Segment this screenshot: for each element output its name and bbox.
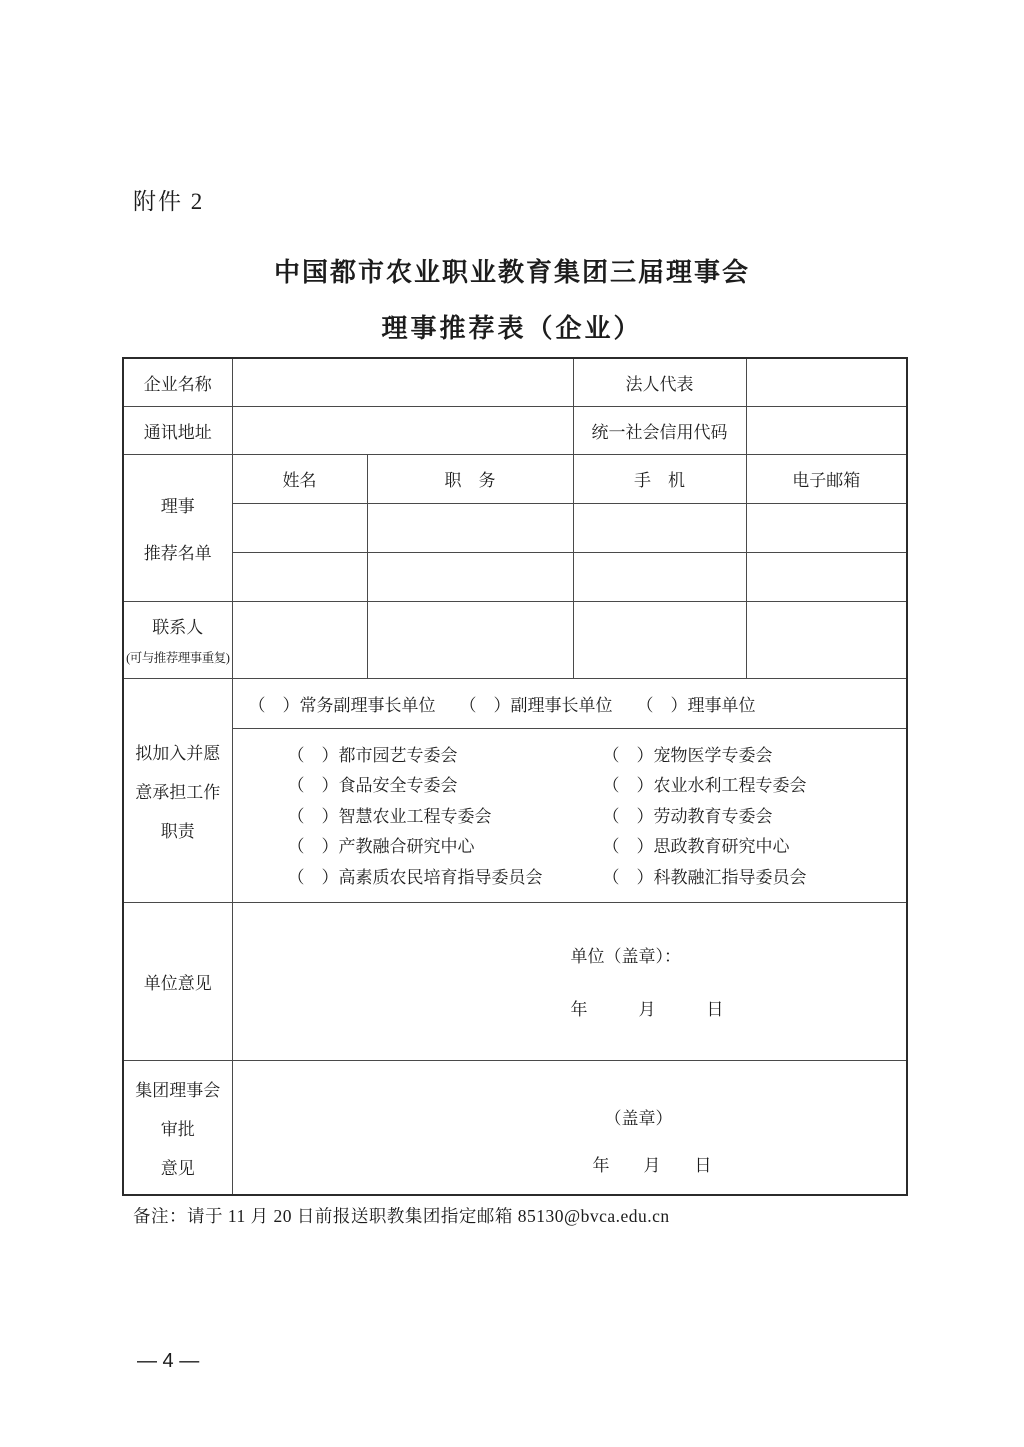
committee-option-urban-horticulture: （ ）都市园艺专委会 xyxy=(288,741,603,766)
committee-option-farmer-training: （ ）高素质农民培育指导委员会 xyxy=(288,863,603,888)
group-stamp-text: （盖章） xyxy=(593,1104,673,1129)
row-address: 通讯地址 统一社会信用代码 xyxy=(123,406,907,454)
legal-rep-value xyxy=(746,358,907,406)
footer-note: 备注：请于 11 月 20 日前报送职教集团指定邮箱 85130@bvca.ed… xyxy=(133,1203,670,1228)
col-header-mobile: 手 机 xyxy=(573,454,746,503)
committee-option-smart-agri: （ ）智慧农业工程专委会 xyxy=(288,802,603,827)
col-header-position: 职 务 xyxy=(367,454,573,503)
nominee1-mobile xyxy=(573,503,746,552)
duty-label-line3: 职责 xyxy=(161,817,195,842)
contact-name xyxy=(232,601,367,678)
group-label-line3: 意见 xyxy=(161,1154,195,1179)
nominee1-email xyxy=(746,503,907,552)
document-page: 附件 2 中国都市农业职业教育集团三届理事会 理事推荐表（企业） 企业名称 法人… xyxy=(0,0,1024,1447)
row-contact: 联系人 (可与推荐理事重复) xyxy=(123,601,907,678)
committee-option-science-education: （ ）科教融汇指导委员会 xyxy=(603,863,907,888)
committee-option-agri-water: （ ）农业水利工程专委会 xyxy=(603,771,907,796)
unit-date-text: 年 月 日 xyxy=(571,995,724,1020)
duty-section-label: 拟加入并愿 意承担工作 职责 xyxy=(123,678,232,902)
committee-options-cell: （ ）都市园艺专委会 （ ）宠物医学专委会 （ ）食品安全专委会 （ ）农业水利… xyxy=(232,728,907,902)
nominee2-name xyxy=(232,552,367,601)
address-value xyxy=(232,406,573,454)
nominee2-mobile xyxy=(573,552,746,601)
recommendation-form-table: 企业名称 法人代表 通讯地址 统一社会信用代码 理事 推荐名单 姓名 职 务 手… xyxy=(122,357,908,1196)
unit-stamp-text: 单位（盖章）： xyxy=(571,942,682,967)
unit-opinion-label: 单位意见 xyxy=(123,902,232,1060)
membership-options-cell: （ ）常务副理事长单位 （ ）副理事长单位 （ ）理事单位 xyxy=(232,678,907,728)
committee-option-industry-education: （ ）产教融合研究中心 xyxy=(288,832,603,857)
credit-code-value xyxy=(746,406,907,454)
row-company: 企业名称 法人代表 xyxy=(123,358,907,406)
row-nominee-header: 理事 推荐名单 姓名 职 务 手 机 电子邮箱 xyxy=(123,454,907,503)
committee-option-pet-medicine: （ ）宠物医学专委会 xyxy=(603,741,907,766)
unit-opinion-cell: 单位（盖章）： 年 月 日 xyxy=(232,902,907,1060)
col-header-email: 电子邮箱 xyxy=(746,454,907,503)
page-number: — 4 — xyxy=(137,1350,199,1373)
duty-label-line2: 意承担工作 xyxy=(135,778,220,803)
group-approval-label: 集团理事会 审批 意见 xyxy=(123,1060,232,1195)
col-header-name: 姓名 xyxy=(232,454,367,503)
group-label-line1: 集团理事会 xyxy=(135,1076,220,1101)
nominee2-position xyxy=(367,552,573,601)
nominee-label-line1: 理事 xyxy=(161,492,195,517)
membership-option-director: （ ）理事单位 xyxy=(637,691,756,716)
attachment-label: 附件 2 xyxy=(133,183,204,216)
contact-email xyxy=(746,601,907,678)
contact-label: 联系人 xyxy=(152,613,203,638)
company-name-label: 企业名称 xyxy=(123,358,232,406)
duty-label-line1: 拟加入并愿 xyxy=(135,739,220,764)
legal-rep-label: 法人代表 xyxy=(573,358,746,406)
committee-option-food-safety: （ ）食品安全专委会 xyxy=(288,771,603,796)
group-label-line2: 审批 xyxy=(161,1115,195,1140)
row-unit-opinion: 单位意见 单位（盖章）： 年 月 日 xyxy=(123,902,907,1060)
group-approval-cell: （盖章） 年 月 日 xyxy=(232,1060,907,1195)
credit-code-label: 统一社会信用代码 xyxy=(573,406,746,454)
contact-position xyxy=(367,601,573,678)
nominee1-name xyxy=(232,503,367,552)
contact-mobile xyxy=(573,601,746,678)
nominee-row-2 xyxy=(123,552,907,601)
membership-option-vice-chair: （ ）副理事长单位 xyxy=(460,691,613,716)
contact-label-cell: 联系人 (可与推荐理事重复) xyxy=(123,601,232,678)
row-committee-options: （ ）都市园艺专委会 （ ）宠物医学专委会 （ ）食品安全专委会 （ ）农业水利… xyxy=(123,728,907,902)
row-group-approval: 集团理事会 审批 意见 （盖章） 年 月 日 xyxy=(123,1060,907,1195)
nominee-row-1 xyxy=(123,503,907,552)
nominee-label-line2: 推荐名单 xyxy=(144,539,212,564)
company-name-value xyxy=(232,358,573,406)
document-title-line1: 中国都市农业职业教育集团三届理事会 xyxy=(0,252,1024,289)
address-label: 通讯地址 xyxy=(123,406,232,454)
row-membership-options: 拟加入并愿 意承担工作 职责 （ ）常务副理事长单位 （ ）副理事长单位 （ ）… xyxy=(123,678,907,728)
nominee2-email xyxy=(746,552,907,601)
contact-note: (可与推荐理事重复) xyxy=(126,648,229,666)
committee-option-ideology-education: （ ）思政教育研究中心 xyxy=(603,832,907,857)
nominee-section-label: 理事 推荐名单 xyxy=(123,454,232,601)
document-title-line2: 理事推荐表（企业） xyxy=(0,308,1024,345)
membership-option-executive-vice-chair: （ ）常务副理事长单位 xyxy=(249,691,436,716)
group-date-text: 年 月 日 xyxy=(593,1151,712,1176)
committee-option-labor-education: （ ）劳动教育专委会 xyxy=(603,802,907,827)
nominee1-position xyxy=(367,503,573,552)
